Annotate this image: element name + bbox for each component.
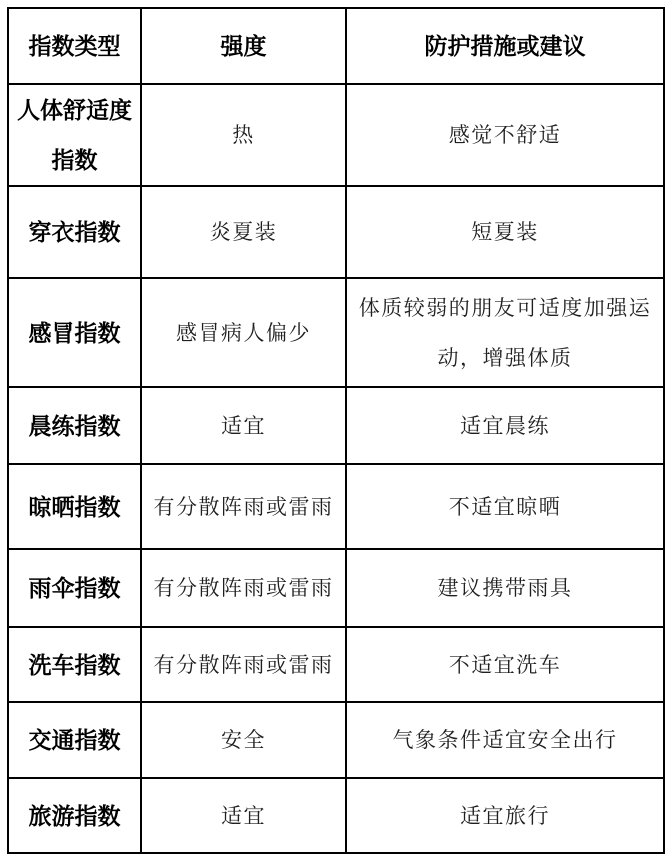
index-type-cell: 晾晒指数: [8, 464, 141, 549]
table-row: 雨伞指数有分散阵雨或雷雨建议携带雨具: [8, 549, 664, 627]
index-type-cell: 交通指数: [8, 702, 141, 778]
advice-cell: 体质较弱的朋友可适度加强运动，增强体质: [346, 278, 664, 387]
advice-cell: 适宜旅行: [346, 778, 664, 853]
advice-cell: 气象条件适宜安全出行: [346, 702, 664, 778]
intensity-cell: 有分散阵雨或雷雨: [141, 627, 346, 702]
index-type-cell: 晨练指数: [8, 387, 141, 464]
intensity-cell: 适宜: [141, 778, 346, 853]
life-index-table: 指数类型 强度 防护措施或建议 人体舒适度指数热感觉不舒适穿衣指数炎夏装短夏装感…: [7, 7, 665, 854]
advice-cell: 不适宜晾晒: [346, 464, 664, 549]
intensity-cell: 感冒病人偏少: [141, 278, 346, 387]
intensity-cell: 热: [141, 84, 346, 186]
intensity-cell: 有分散阵雨或雷雨: [141, 549, 346, 627]
index-type-cell: 旅游指数: [8, 778, 141, 853]
table-row: 晨练指数适宜适宜晨练: [8, 387, 664, 464]
intensity-cell: 有分散阵雨或雷雨: [141, 464, 346, 549]
table-row: 洗车指数有分散阵雨或雷雨不适宜洗车: [8, 627, 664, 702]
intensity-cell: 安全: [141, 702, 346, 778]
index-type-cell: 人体舒适度指数: [8, 84, 141, 186]
table-row: 人体舒适度指数热感觉不舒适: [8, 84, 664, 186]
table-row: 感冒指数感冒病人偏少体质较弱的朋友可适度加强运动，增强体质: [8, 278, 664, 387]
table-row: 旅游指数适宜适宜旅行: [8, 778, 664, 853]
table-row: 晾晒指数有分散阵雨或雷雨不适宜晾晒: [8, 464, 664, 549]
header-row: 指数类型 强度 防护措施或建议: [8, 8, 664, 84]
header-index-type: 指数类型: [8, 8, 141, 84]
intensity-cell: 炎夏装: [141, 186, 346, 278]
advice-cell: 不适宜洗车: [346, 627, 664, 702]
intensity-cell: 适宜: [141, 387, 346, 464]
table-body: 人体舒适度指数热感觉不舒适穿衣指数炎夏装短夏装感冒指数感冒病人偏少体质较弱的朋友…: [8, 84, 664, 853]
advice-cell: 感觉不舒适: [346, 84, 664, 186]
table-row: 穿衣指数炎夏装短夏装: [8, 186, 664, 278]
index-type-cell: 穿衣指数: [8, 186, 141, 278]
advice-cell: 建议携带雨具: [346, 549, 664, 627]
index-type-cell: 雨伞指数: [8, 549, 141, 627]
index-type-cell: 感冒指数: [8, 278, 141, 387]
table-row: 交通指数安全气象条件适宜安全出行: [8, 702, 664, 778]
header-advice: 防护措施或建议: [346, 8, 664, 84]
header-intensity: 强度: [141, 8, 346, 84]
advice-cell: 短夏装: [346, 186, 664, 278]
advice-cell: 适宜晨练: [346, 387, 664, 464]
index-type-cell: 洗车指数: [8, 627, 141, 702]
